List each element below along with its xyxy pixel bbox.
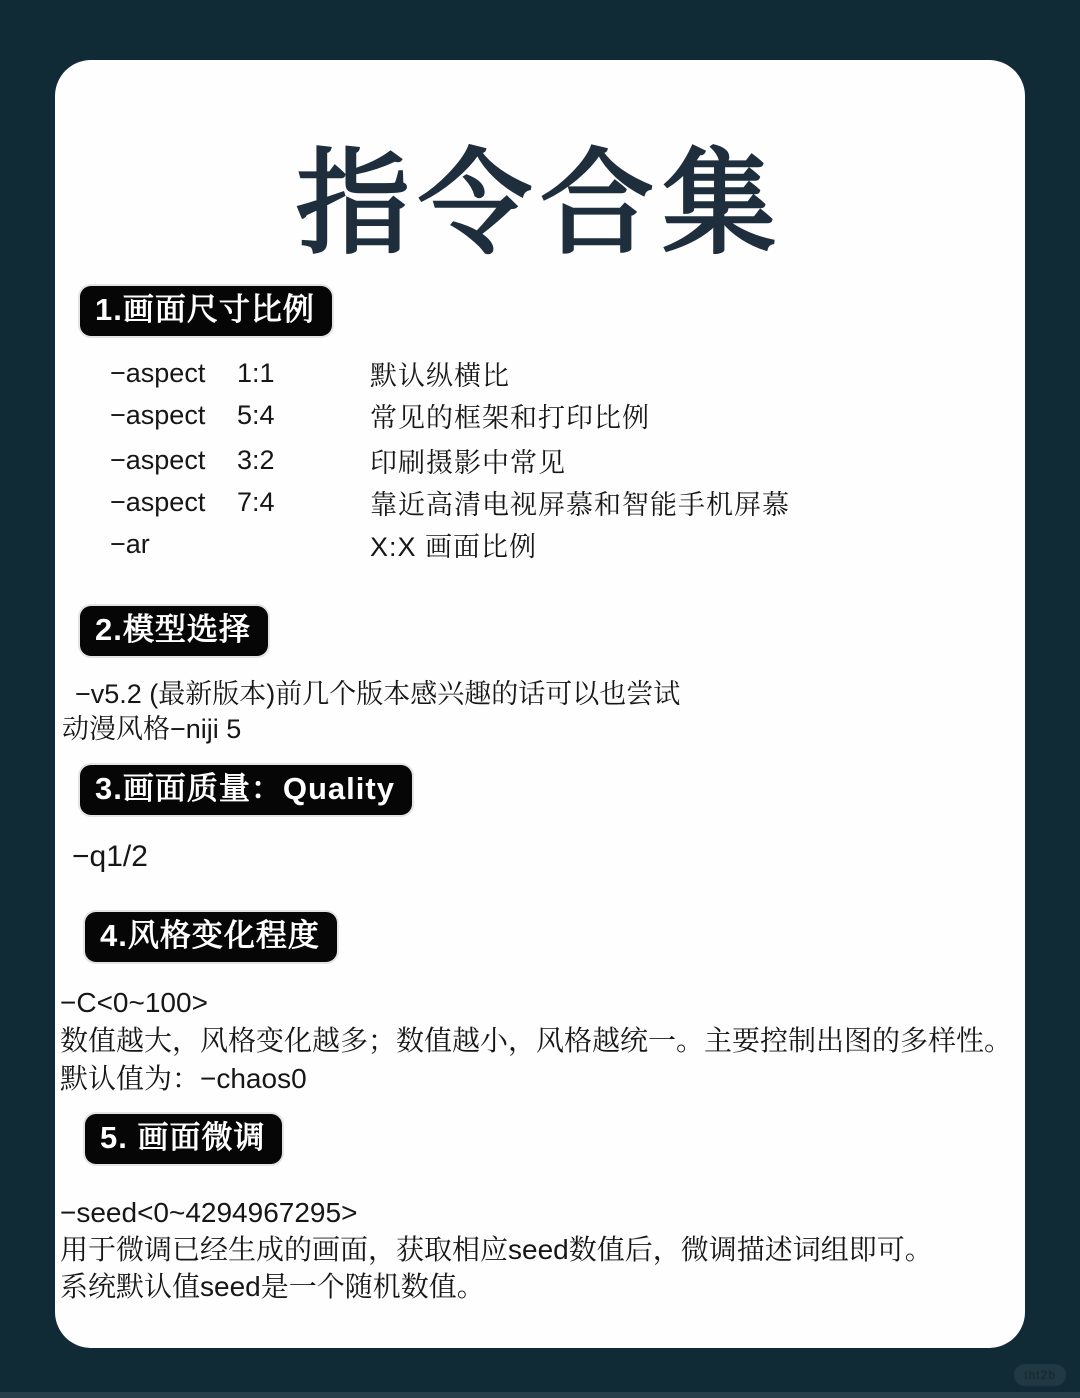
section-3-header: 3.画面质量：Quality: [80, 765, 412, 815]
section-5-text: −seed<0~4294967295> 用于微调已经生成的画面，获取相应seed…: [60, 1194, 933, 1305]
aspect-description: 常见的框架和打印比例: [370, 396, 650, 435]
aspect-row: −aspect 5:4 常见的框架和打印比例: [110, 394, 790, 436]
aspect-command: −aspect: [110, 400, 237, 431]
bottom-edge-strip: [0, 1392, 1080, 1398]
aspect-row: −ar X:X 画面比例: [110, 523, 790, 565]
aspect-command: −aspect: [110, 445, 237, 476]
section-5-line: 用于微调已经生成的画面，获取相应seed数值后，微调描述词组即可。: [60, 1231, 933, 1268]
section-4-text: −C<0~100> 数值越大，风格变化越多；数值越小，风格越统一。主要控制出图的…: [60, 984, 1012, 1098]
aspect-command: −ar: [110, 529, 237, 560]
aspect-row: −aspect 3:2 印刷摄影中常见: [110, 439, 790, 481]
aspect-command: −aspect: [110, 358, 237, 389]
poster-page: 指令合集 1.画面尺寸比例 −aspect 1:1 默认纵横比 −aspect …: [0, 0, 1080, 1398]
section-4-header: 4.风格变化程度: [85, 912, 337, 962]
section-1-header: 1.画面尺寸比例: [80, 286, 332, 336]
aspect-row: −aspect 7:4 靠近高清电视屏慕和智能手机屏慕: [110, 481, 790, 523]
section-2-header: 2.模型选择: [80, 606, 268, 656]
section-3-line: −q1/2: [72, 840, 148, 874]
aspect-table: −aspect 1:1 默认纵横比 −aspect 5:4 常见的框架和打印比例…: [110, 352, 790, 565]
section-4-line: −C<0~100>: [60, 984, 1012, 1022]
aspect-value: 1:1: [237, 358, 370, 389]
section-2-line: −v5.2 (最新版本)前几个版本感兴趣的话可以也尝试: [75, 672, 680, 711]
aspect-row: −aspect 1:1 默认纵横比: [110, 352, 790, 394]
section-5-line: 系统默认值seed是一个随机数值。: [60, 1268, 933, 1305]
watermark-badge: tht2b: [1014, 1364, 1066, 1386]
aspect-description: X:X 画面比例: [370, 525, 537, 564]
section-5-header: 5. 画面微调: [85, 1114, 282, 1164]
aspect-description: 靠近高清电视屏慕和智能手机屏慕: [370, 483, 790, 522]
section-2-line: 动漫风格−niji 5: [62, 707, 241, 746]
section-4-line: 默认值为：−chaos0: [60, 1060, 1012, 1098]
page-title: 指令合集: [55, 112, 1025, 276]
aspect-value: 5:4: [237, 400, 370, 431]
aspect-description: 印刷摄影中常见: [370, 441, 566, 480]
aspect-value: 7:4: [237, 487, 370, 518]
aspect-description: 默认纵横比: [370, 354, 510, 393]
section-4-line: 数值越大，风格变化越多；数值越小，风格越统一。主要控制出图的多样性。: [60, 1022, 1012, 1060]
section-5-line: −seed<0~4294967295>: [60, 1194, 933, 1231]
aspect-command: −aspect: [110, 487, 237, 518]
aspect-value: 3:2: [237, 445, 370, 476]
